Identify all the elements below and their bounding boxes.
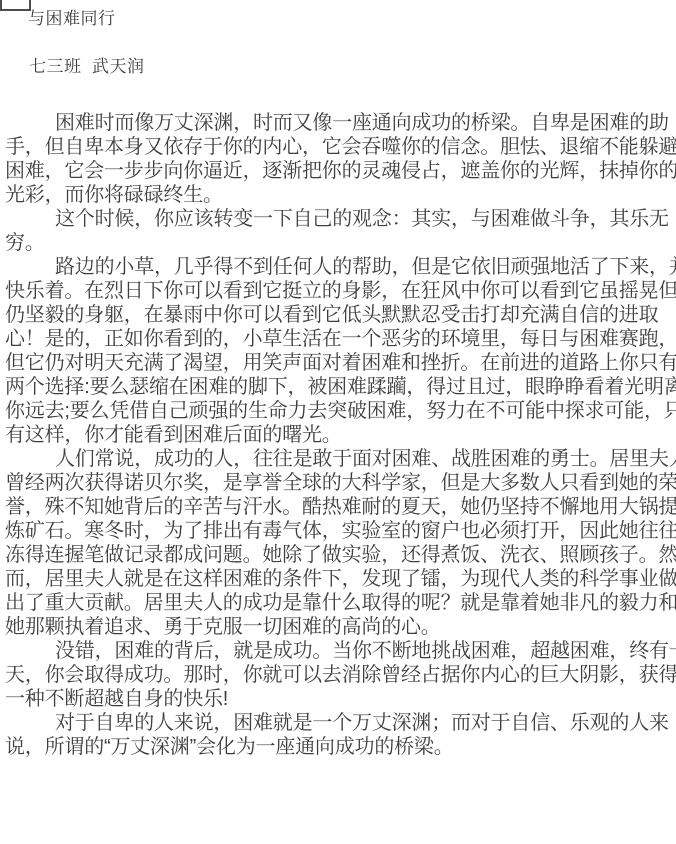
text-line: 有这样，你才能看到困难后面的曙光。 [5, 423, 676, 447]
text-line: 曾经两次获得诺贝尔奖，是享誉全球的大科学家，但是大多数人只看到她的荣 [5, 471, 676, 495]
text-line: 誉，殊不知她背后的辛苦与汗水。酷热难耐的夏天，她仍坚持不懈地用大锅提 [5, 495, 676, 519]
text-line: 你远去;要么凭借自己顽强的生命力去突破困难，努力在不可能中探求可能，只 [5, 399, 676, 423]
text-line: 说，所谓的“万丈深渊”会化为一座通向成功的桥梁。 [5, 735, 676, 759]
text-line: 两个选择:要么瑟缩在困难的脚下，被困难蹂躏，得过且过，眼睁睁看着光明离 [5, 375, 676, 399]
paragraph: 困难时而像万丈深渊，时而又像一座通向成功的桥梁。自卑是困难的助 手，但自卑本身又… [5, 111, 676, 207]
text-line: 困难，它会一步步向你逼近，逐渐把你的灵魂侵占，遮盖你的光辉，抹掉你的 [5, 159, 676, 183]
text-line: 但它仍对明天充满了渴望，用笑声面对着困难和挫折。在前进的道路上你只有 [5, 351, 676, 375]
text-line: 她那颗执着追求、勇于克服一切困难的高尚的心。 [5, 615, 676, 639]
text-line: 心！是的，正如你看到的，小草生活在一个恶劣的环境里，每日与困难赛跑， [5, 327, 676, 351]
text-line: 冻得连握笔做记录都成问题。她除了做实验，还得煮饭、洗衣、照顾孩子。然 [5, 543, 676, 567]
document-page: 与困难同行 七三班 武天润 困难时而像万丈深渊，时而又像一座通向成功的桥梁。自卑… [0, 0, 676, 844]
paragraph: 对于自卑的人来说，困难就是一个万丈深渊；而对于自信、乐观的人来 说，所谓的“万丈… [5, 711, 676, 759]
text-line: 手，但自卑本身又依存于你的内心，它会吞噬你的信念。胆怯、退缩不能躲避 [5, 135, 676, 159]
text-line: 光彩，而你将碌碌终生。 [5, 183, 676, 207]
paragraph: 这个时候，你应该转变一下自己的观念：其实，与困难做斗争，其乐无 穷。 [5, 207, 676, 255]
text-line: 仍坚毅的身躯，在暴雨中你可以看到它低头默默忍受击打却充满自信的进取 [5, 303, 676, 327]
paragraph: 人们常说，成功的人，往往是敢于面对困难、战胜困难的勇士。居里夫人 曾经两次获得诺… [5, 447, 676, 639]
text-line: 困难时而像万丈深渊，时而又像一座通向成功的桥梁。自卑是困难的助 [5, 111, 676, 135]
text-line: 人们常说，成功的人，往往是敢于面对困难、战胜困难的勇士。居里夫人 [5, 447, 676, 471]
partial-box-outline [0, 0, 31, 11]
text-line: 对于自卑的人来说，困难就是一个万丈深渊；而对于自信、乐观的人来 [5, 711, 676, 735]
text-line: 一种不断超越自身的快乐! [5, 687, 676, 711]
text-line: 路边的小草，几乎得不到任何人的帮助，但是它依旧顽强地活了下来，并 [5, 255, 676, 279]
essay-body: 困难时而像万丈深渊，时而又像一座通向成功的桥梁。自卑是困难的助 手，但自卑本身又… [5, 111, 676, 759]
paragraph: 路边的小草，几乎得不到任何人的帮助，但是它依旧顽强地活了下来，并 快乐着。在烈日… [5, 255, 676, 447]
text-line: 出了重大贡献。居里夫人的成功是靠什么取得的呢？就是靠着她非凡的毅力和 [5, 591, 676, 615]
text-line: 天，你会取得成功。那时，你就可以去消除曾经占据你内心的巨大阴影，获得 [5, 663, 676, 687]
essay-title: 与困难同行 [28, 8, 116, 30]
text-line: 这个时候，你应该转变一下自己的观念：其实，与困难做斗争，其乐无 [5, 207, 676, 231]
text-line: 没错，困难的背后，就是成功。当你不断地挑战困难，超越困难，终有一 [5, 639, 676, 663]
text-line: 穷。 [5, 231, 676, 255]
text-line: 炼矿石。寒冬时，为了排出有毒气体，实验室的窗户也必须打开，因此她往往 [5, 519, 676, 543]
text-line: 快乐着。在烈日下你可以看到它挺立的身影，在狂风中你可以看到它虽摇晃但 [5, 279, 676, 303]
paragraph: 没错，困难的背后，就是成功。当你不断地挑战困难，超越困难，终有一 天，你会取得成… [5, 639, 676, 711]
text-line: 而，居里夫人就是在这样困难的条件下，发现了镭，为现代人类的科学事业做 [5, 567, 676, 591]
essay-byline: 七三班 武天润 [29, 56, 144, 78]
